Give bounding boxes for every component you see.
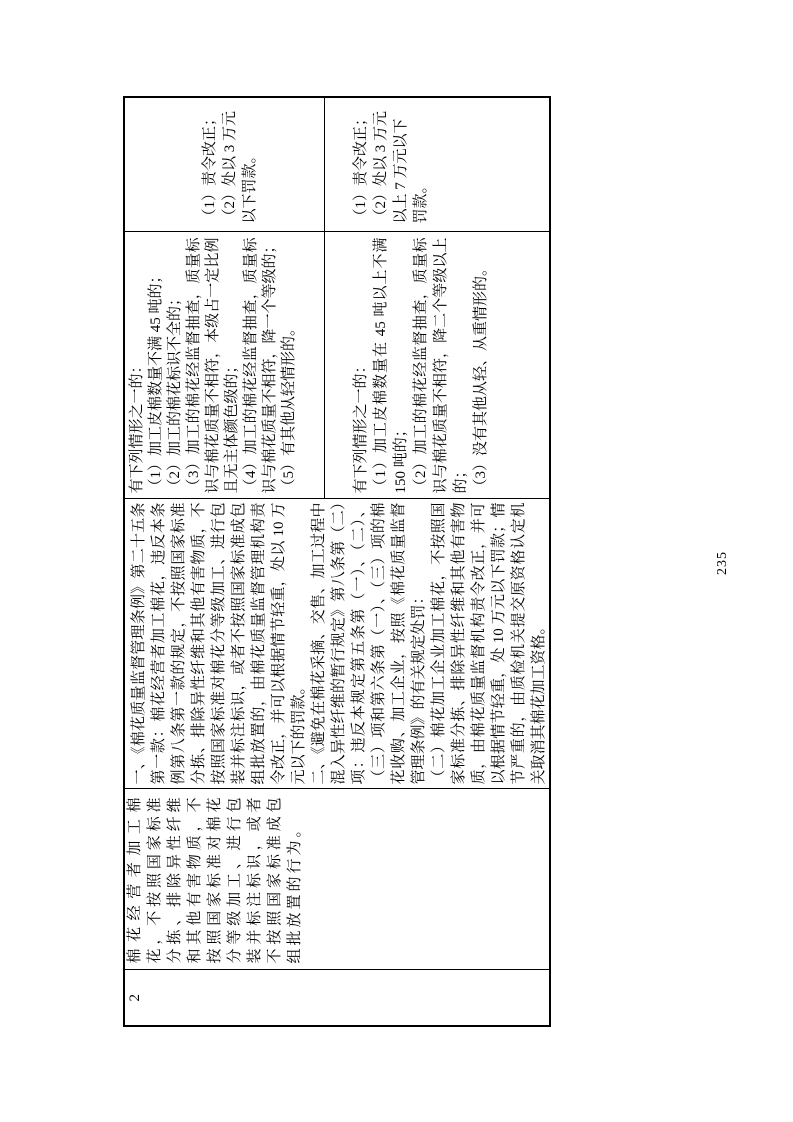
circumstances-item: （1）加工皮棉数量在 45 吨以上不满 150 吨的； [371,238,411,494]
legal-basis-paragraph: 二、《避免在棉花采摘、交售、加工过程中混入异性纤维的暂行规定》第八条第（二）项：… [309,503,429,785]
legal-basis-cell: 一、《棉花质量监督管理条例》第二十五条第一款：棉花经营者加工棉花，违反本条例第八… [124,499,550,789]
penalty-item: （1）责令改正； [351,104,371,224]
penalty-cell-row2: （1）责令改正；（2）处以 3 万元以上 7 万元以下罚款。 [324,97,550,232]
table-sub-row-1: 2 棉花经营者加工棉花，不按照国家标准分拣、排除异性纤维和其他有害物质，不按照国… [124,97,324,1026]
page-number: 235 [715,551,731,575]
regulation-table: 2 棉花经营者加工棉花，不按照国家标准分拣、排除异性纤维和其他有害物质，不按照国… [123,96,551,1027]
circumstances-item: （2）加工的棉花经监督抽查，质量标识与棉花质量不相符，降二个等级以上的； [411,238,471,494]
circumstances-cell-row2: 有下列情形之一的：（1）加工皮棉数量在 45 吨以上不满 150 吨的；（2）加… [324,232,550,499]
circumstances-item: （3）加工的棉花经监督抽查，质量标识与棉花质量不相符，本级占一定比例且无主体颜色… [185,238,242,494]
circumstances-item: 有下列情形之一的： [128,238,147,494]
circumstances-item: （2）加工的棉花标识不全的； [166,238,185,494]
penalty-list-row2: （1）责令改正；（2）处以 3 万元以上 7 万元以下罚款。 [325,98,431,232]
penalty-item: （2）处以 3 万元以下罚款。 [220,104,260,224]
circumstances-cell-row1: 有下列情形之一的：（1）加工皮棉数量不满 45 吨的；（2）加工的棉花标识不全的… [124,232,324,499]
row-number: 2 [127,994,143,1002]
circumstances-item: 有下列情形之一的： [351,238,371,494]
penalty-item: （1）责令改正； [200,104,220,224]
penalty-item: （2）处以 3 万元以上 7 万元以下罚款。 [371,104,431,224]
penalty-cell-row1: （1）责令改正；（2）处以 3 万元以下罚款。 [124,97,324,232]
circumstances-item: （3）没有其他从轻、从重情形的。 [471,238,491,494]
legal-basis-paragraph: （二）棉花加工企业加工棉花，不按照国家标准分拣、排除异性纤维和其他有害物质，由棉… [429,503,549,785]
circumstances-item: （1）加工皮棉数量不满 45 吨的； [147,238,166,494]
violation-text: 棉花经营者加工棉花，不按照国家标准分拣、排除异性纤维和其他有害物质，不按照国家标… [125,790,305,970]
document-page: 2 棉花经营者加工棉花，不按照国家标准分拣、排除异性纤维和其他有害物质，不按照国… [0,0,793,1122]
rotated-table-container: 2 棉花经营者加工棉花，不按照国家标准分拣、排除异性纤维和其他有害物质，不按照国… [123,96,551,1027]
penalty-list-row1: （1）责令改正；（2）处以 3 万元以下罚款。 [125,98,260,232]
violation-cell: 棉花经营者加工棉花，不按照国家标准分拣、排除异性纤维和其他有害物质，不按照国家标… [124,789,550,970]
row-number-cell: 2 [124,970,550,1026]
circumstances-list-row2: 有下列情形之一的：（1）加工皮棉数量在 45 吨以上不满 150 吨的；（2）加… [325,233,491,499]
circumstances-item: （5）有其他从轻情形的。 [280,238,299,494]
legal-basis-paragraph: 一、《棉花质量监督管理条例》第二十五条第一款：棉花经营者加工棉花，违反本条例第八… [129,503,309,785]
circumstances-list-row1: 有下列情形之一的：（1）加工皮棉数量不满 45 吨的；（2）加工的棉花标识不全的… [125,233,299,499]
legal-basis-text: 一、《棉花质量监督管理条例》第二十五条第一款：棉花经营者加工棉花，违反本条例第八… [125,500,549,789]
circumstances-item: （4）加工的棉花经监督抽查，质量标识与棉花质量不相符，降一个等级的； [242,238,280,494]
